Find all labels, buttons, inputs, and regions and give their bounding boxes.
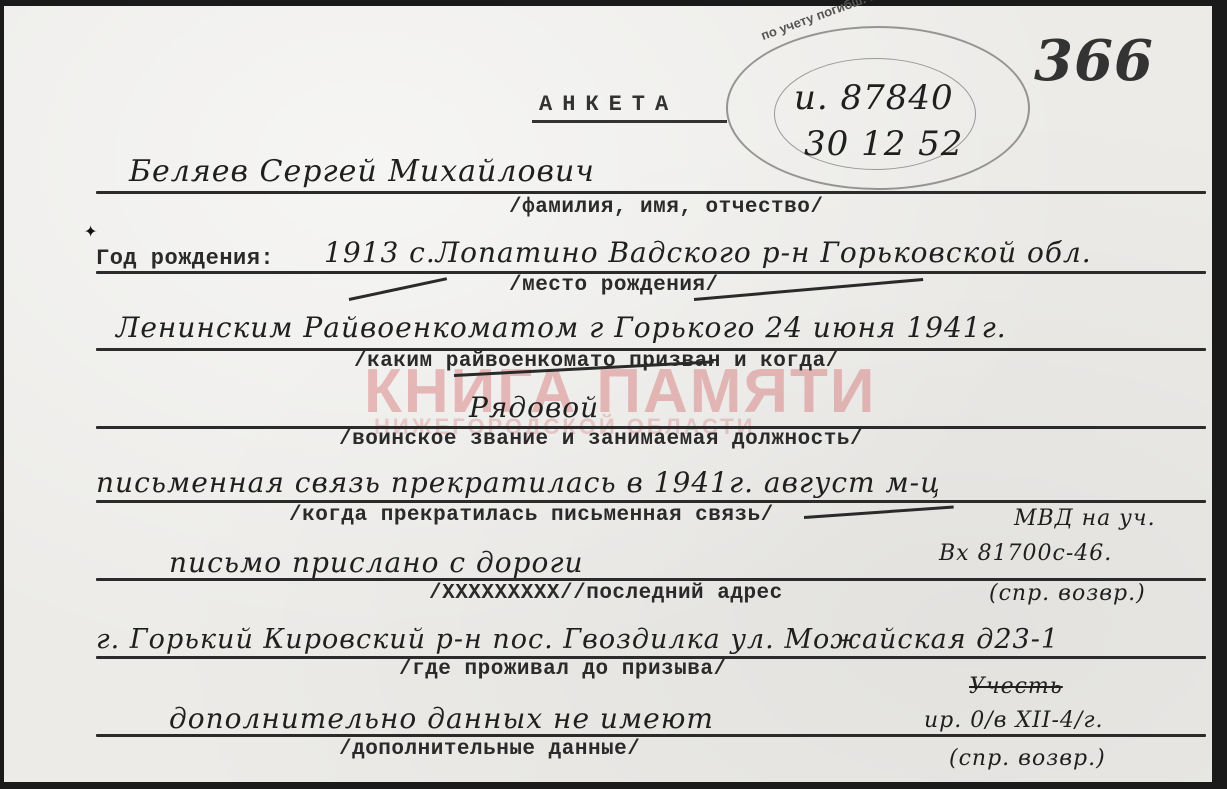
margin-marker-icon: ✦ xyxy=(84,218,96,242)
field-rank-value: Рядовой xyxy=(469,391,599,424)
field-residence-value: г. Горький Кировский р-н пос. Гвоздилка … xyxy=(96,624,1059,655)
rule xyxy=(96,734,1206,737)
field-last-address-value: письмо прислано с дороги xyxy=(169,546,584,579)
field-last-address-label: /ХХХХХХХХХ//последний адрес xyxy=(429,582,783,605)
page-number: 366 xyxy=(1034,28,1154,94)
field-additional-value: дополнительно данных не имеют xyxy=(169,702,714,735)
field-additional-label: /дополнительные данные/ xyxy=(339,738,640,761)
pen-stroke xyxy=(694,278,923,301)
margin-note-record: ир. 0/в XII-4/г. xyxy=(924,708,1103,733)
field-birth-label: /место рождения/ xyxy=(509,274,719,297)
field-last-contact-label: /когда прекратилась письменная связь/ xyxy=(289,504,774,527)
document-title: АНКЕТА xyxy=(539,92,678,117)
field-residence-label: /где проживал до призыва/ xyxy=(399,658,727,681)
rule xyxy=(96,500,1206,503)
margin-note-annotation: (спр. возвр.) xyxy=(949,746,1106,771)
field-rank-label: /воинское звание и занимаемая должность/ xyxy=(339,428,863,451)
field-last-address-annotation: (спр. возвр.) xyxy=(989,581,1146,606)
document-sheet: АНКЕТА по учету погибш. и пропавш. без в… xyxy=(4,6,1212,782)
stamp-number: и. 87840 xyxy=(794,78,954,118)
margin-note-line2: Вх 81700с-46. xyxy=(939,541,1112,566)
field-name-label: /фамилия, имя, отчество/ xyxy=(509,196,823,219)
pen-stroke xyxy=(804,506,954,519)
field-conscription-value: Ленинским Райвоенкоматом г Горького 24 и… xyxy=(116,311,1007,344)
field-birth-value: 1913 с.Лопатино Вадского р-н Горьковской… xyxy=(324,236,1092,269)
field-conscription-label: /каким райвоенкомато призван и когда/ xyxy=(354,350,839,373)
field-last-contact-value: письменная связь прекратилась в 1941г. а… xyxy=(96,466,941,499)
stamp-date: 30 12 52 xyxy=(804,124,963,164)
margin-note-struck: Учесть xyxy=(969,674,1063,699)
title-underline xyxy=(532,120,727,123)
rule xyxy=(96,191,1206,194)
pen-stroke xyxy=(349,277,447,301)
field-name-value: Беляев Сергей Михайлович xyxy=(129,154,595,189)
margin-note-line1: МВД на уч. xyxy=(1014,506,1156,531)
field-birth-prefix: Год рождения: xyxy=(96,246,274,271)
